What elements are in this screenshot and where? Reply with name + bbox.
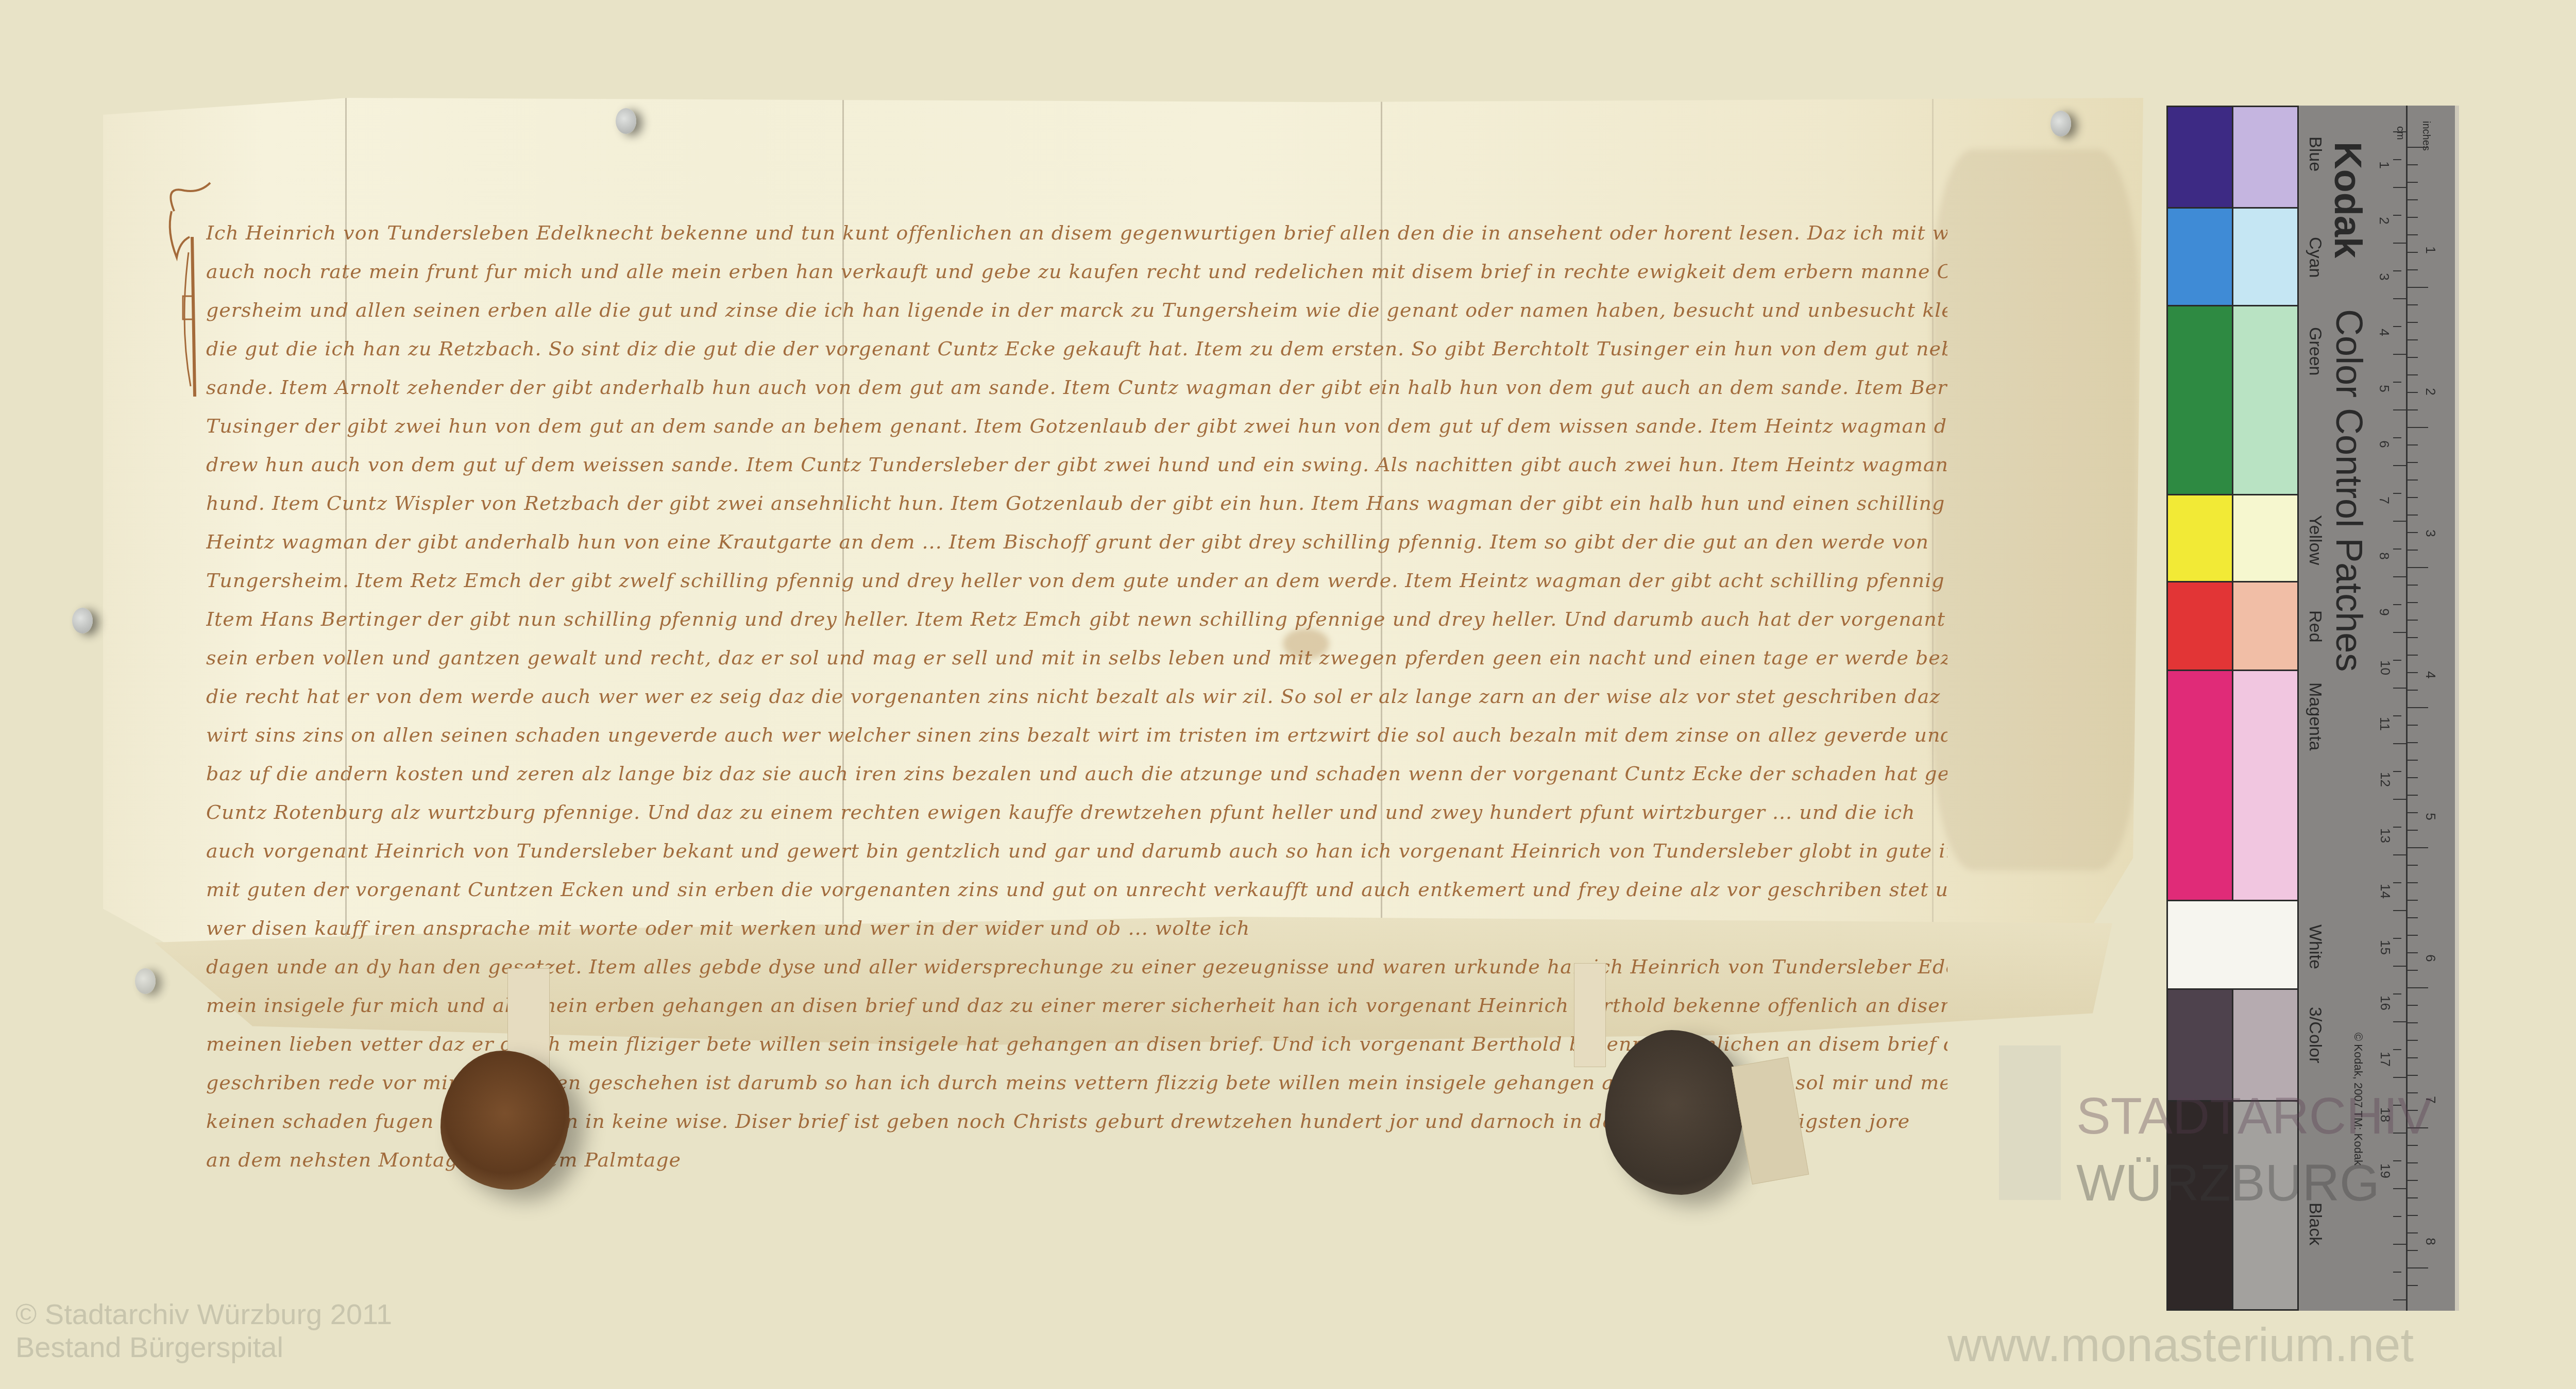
ruler-inch-label: 8	[2422, 1238, 2438, 1245]
text-line: Cuntz Rotenburg alz wurtzburg pfennige. …	[206, 793, 1947, 832]
patch-yellow-dark	[2166, 494, 2233, 582]
ruler-cm-label: 11	[2377, 717, 2393, 731]
ruler-cm-label: 1	[2376, 161, 2392, 168]
text-line: mein insigele fur mich und alle mein erb…	[206, 986, 1947, 1025]
text-line: sein erben vollen und gantzen gewalt und…	[206, 639, 1947, 677]
mounting-pin-icon	[72, 608, 93, 633]
text-line: Heintz wagman der gibt anderhalb hun von…	[206, 523, 1947, 561]
mounting-pin-icon	[616, 108, 636, 134]
patch-label-yellow: Yellow	[2305, 515, 2325, 565]
ruler-cm-label: 5	[2376, 385, 2392, 392]
kodak-brand: Kodak	[2326, 142, 2370, 258]
patch-label-cyan: Cyan	[2305, 237, 2325, 278]
copyright-watermark: © Stadtarchiv Würzburg 2011 Bestand Bürg…	[15, 1298, 392, 1364]
patch-blue-light	[2232, 106, 2299, 209]
site-watermark: www.monasterium.net	[1947, 1318, 2414, 1373]
patch-red-dark	[2166, 581, 2233, 671]
patch-cyan-light	[2232, 207, 2299, 306]
ruler-cm-label: 2	[2376, 217, 2392, 224]
patch-yellow-light	[2232, 494, 2299, 582]
patch-label-3color: 3/Color	[2305, 1007, 2325, 1064]
text-line: dagen unde an dy han den gesetzet. Item …	[206, 948, 1947, 986]
seal-strap	[1574, 963, 1606, 1067]
patch-label-blue: Blue	[2305, 136, 2325, 172]
ruler-cm-label: 15	[2377, 940, 2393, 955]
copyright-line-2: Bestand Bürgerspital	[15, 1331, 392, 1364]
ruler-cm-label: 14	[2377, 884, 2393, 899]
text-line: Ich Heinrich von Tundersleben Edelknecht…	[206, 214, 1947, 252]
patch-cyan-dark	[2166, 207, 2233, 306]
ruler-cm-label: 17	[2377, 1052, 2393, 1067]
ruler-cm-label: 10	[2377, 660, 2393, 675]
patch-green-light	[2232, 305, 2299, 495]
text-line: drew hun auch von dem gut uf dem weissen…	[206, 445, 1947, 484]
ruler-inch-label: 6	[2422, 954, 2438, 962]
ruler-cm-label: 16	[2377, 996, 2393, 1010]
ruler-cm-label: 8	[2376, 552, 2392, 559]
mounting-pin-icon	[2050, 111, 2071, 136]
ruler-inch-label: 4	[2422, 671, 2438, 678]
patch-red-light	[2232, 581, 2299, 671]
ruler-cm-label: 9	[2376, 608, 2392, 615]
text-line: gersheim und allen seinen erben alle die…	[206, 291, 1947, 330]
patch-3color-dark	[2166, 988, 2233, 1102]
patch-magenta-dark	[2166, 670, 2233, 901]
text-line: auch noch rate mein frunt fur mich und a…	[206, 252, 1947, 291]
text-line: baz uf die andern kosten und zeren alz l…	[206, 754, 1947, 793]
text-line: hund. Item Cuntz Wispler von Retzbach de…	[206, 484, 1947, 523]
text-line: an dem nehsten Montage noch dem Palmtage	[206, 1141, 953, 1179]
patch-label-white: White	[2305, 924, 2325, 969]
patch-green-dark	[2166, 305, 2233, 495]
wax-seal-left	[440, 1051, 569, 1190]
patch-label-magenta: Magenta	[2305, 682, 2325, 750]
patch-magenta-light	[2232, 670, 2299, 901]
text-line: wirt sins zins on allen seinen schaden u…	[206, 716, 1947, 754]
logo-watermark-line1: STADTARCHIV	[2076, 1087, 2432, 1146]
ruler-cm-label: 4	[2376, 329, 2392, 336]
patch-white	[2166, 900, 2299, 990]
patch-label-green: Green	[2305, 327, 2325, 376]
archive-logo-watermark	[1999, 1045, 2061, 1200]
ruler-inch-label: 3	[2422, 529, 2438, 537]
ruler-cm-label: 3	[2376, 273, 2392, 280]
chart-title: Color Control Patches	[2328, 309, 2370, 672]
logo-watermark-line2: WÜRZBURG	[2076, 1154, 2380, 1213]
text-line: die recht hat er von dem werde auch wer …	[206, 677, 1947, 716]
patch-label-red: Red	[2305, 610, 2325, 642]
ruler-inch-label: 1	[2422, 246, 2438, 253]
text-line: Tusinger der gibt zwei hun von dem gut a…	[206, 407, 1947, 445]
ruler-inch-label: 2	[2422, 388, 2438, 395]
text-line: sande. Item Arnolt zehender der gibt and…	[206, 368, 1947, 407]
ruler-unit-cm: cm	[2394, 126, 2406, 140]
discoloration	[1932, 149, 2138, 870]
text-line: Item Hans Bertinger der gibt nun schilli…	[206, 600, 1947, 639]
text-line: Tungersheim. Item Retz Emch der gibt zwe…	[206, 561, 1947, 600]
text-line: wer disen kauff iren ansprache mit worte…	[206, 909, 1947, 948]
patch-blue-dark	[2166, 106, 2233, 209]
text-line: mit guten der vorgenant Cuntzen Ecken un…	[206, 870, 1947, 909]
ruler-cm-label: 6	[2376, 440, 2392, 448]
ruler-cm-label: 7	[2376, 496, 2392, 504]
wax-seal-right	[1605, 1030, 1744, 1195]
ruler-inch-label: 5	[2422, 813, 2438, 820]
copyright-line-1: © Stadtarchiv Würzburg 2011	[15, 1298, 392, 1331]
ruler-cm-label: 13	[2377, 828, 2393, 843]
patch-3color-light	[2232, 988, 2299, 1102]
text-line: auch vorgenant Heinrich von Tundersleber…	[206, 832, 1947, 870]
mounting-pin-icon	[135, 968, 156, 994]
ruler-cm-label: 12	[2377, 772, 2393, 787]
text-line: die gut die ich han zu Retzbach. So sint…	[206, 330, 1947, 368]
